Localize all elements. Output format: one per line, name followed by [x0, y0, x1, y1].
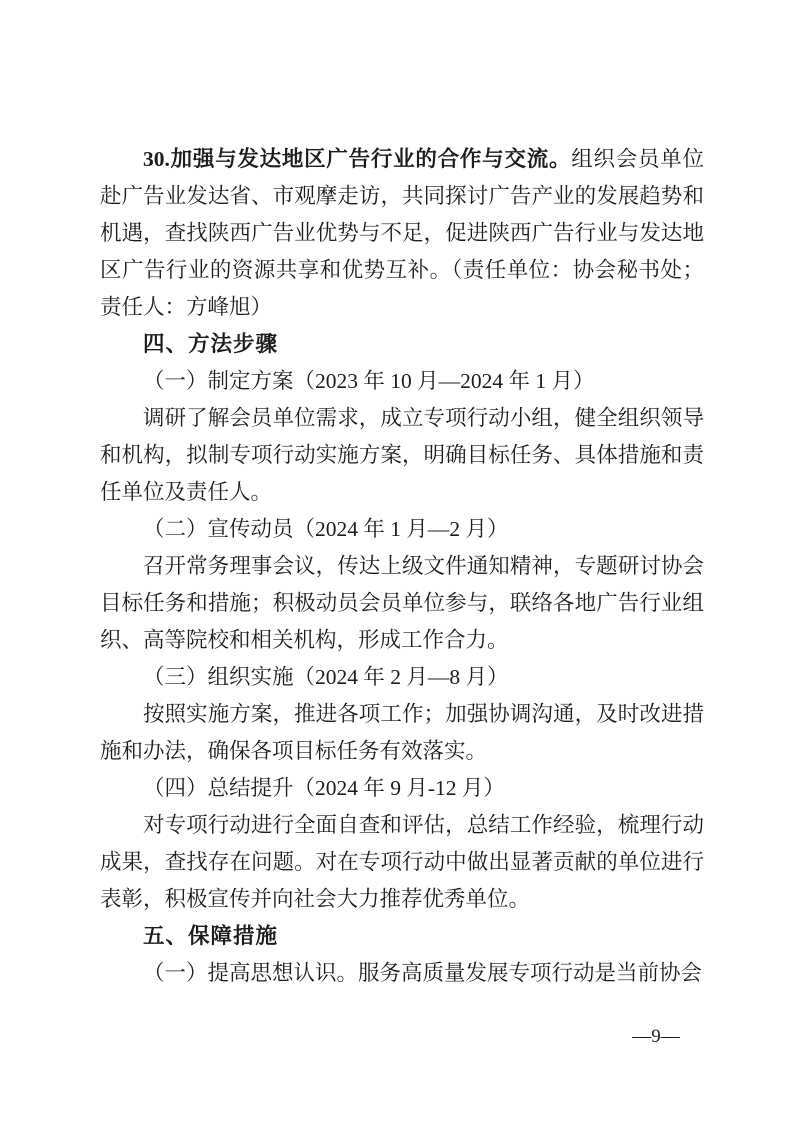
safeguard-first-paragraph: （一）提高思想认识。服务高质量发展专项行动是当前协会 [100, 955, 704, 992]
step-1-title: （一）制定方案（2023 年 10 月—2024 年 1 月） [100, 363, 704, 400]
step-2-title: （二）宣传动员（2024 年 1 月—2 月） [100, 511, 704, 548]
step-3-body: 按照实施方案，推进各项工作；加强协调沟通，及时改进措施和办法，确保各项目标任务有… [100, 696, 704, 770]
item-30-paragraph: 30.加强与发达地区广告行业的合作与交流。组织会员单位赴广告业发达省、市观摩走访… [100, 141, 704, 326]
step-2-body: 召开常务理事会议，传达上级文件通知精神，专题研讨协会目标任务和措施；积极动员会员… [100, 548, 704, 659]
step-4-title: （四）总结提升（2024 年 9 月-12 月） [100, 770, 704, 807]
document-body: 30.加强与发达地区广告行业的合作与交流。组织会员单位赴广告业发达省、市观摩走访… [100, 141, 704, 992]
item-30-lead: 30.加强与发达地区广告行业的合作与交流。 [143, 147, 571, 171]
section-heading-safeguard: 五、保障措施 [100, 918, 704, 955]
item-30-text: 组织会员单位赴广告业发达省、市观摩走访，共同探讨广告产业的发展趋势和机遇，查找陕… [100, 147, 704, 319]
page-number: —9— [626, 1026, 686, 1048]
document-page: 30.加强与发达地区广告行业的合作与交流。组织会员单位赴广告业发达省、市观摩走访… [0, 0, 800, 1131]
step-3-title: （三）组织实施（2024 年 2 月—8 月） [100, 659, 704, 696]
step-4-body: 对专项行动进行全面自查和评估，总结工作经验，梳理行动成果，查找存在问题。对在专项… [100, 807, 704, 918]
step-1-body: 调研了解会员单位需求，成立专项行动小组，健全组织领导和机构，拟制专项行动实施方案… [100, 400, 704, 511]
section-heading-method-steps: 四、方法步骤 [100, 326, 704, 363]
